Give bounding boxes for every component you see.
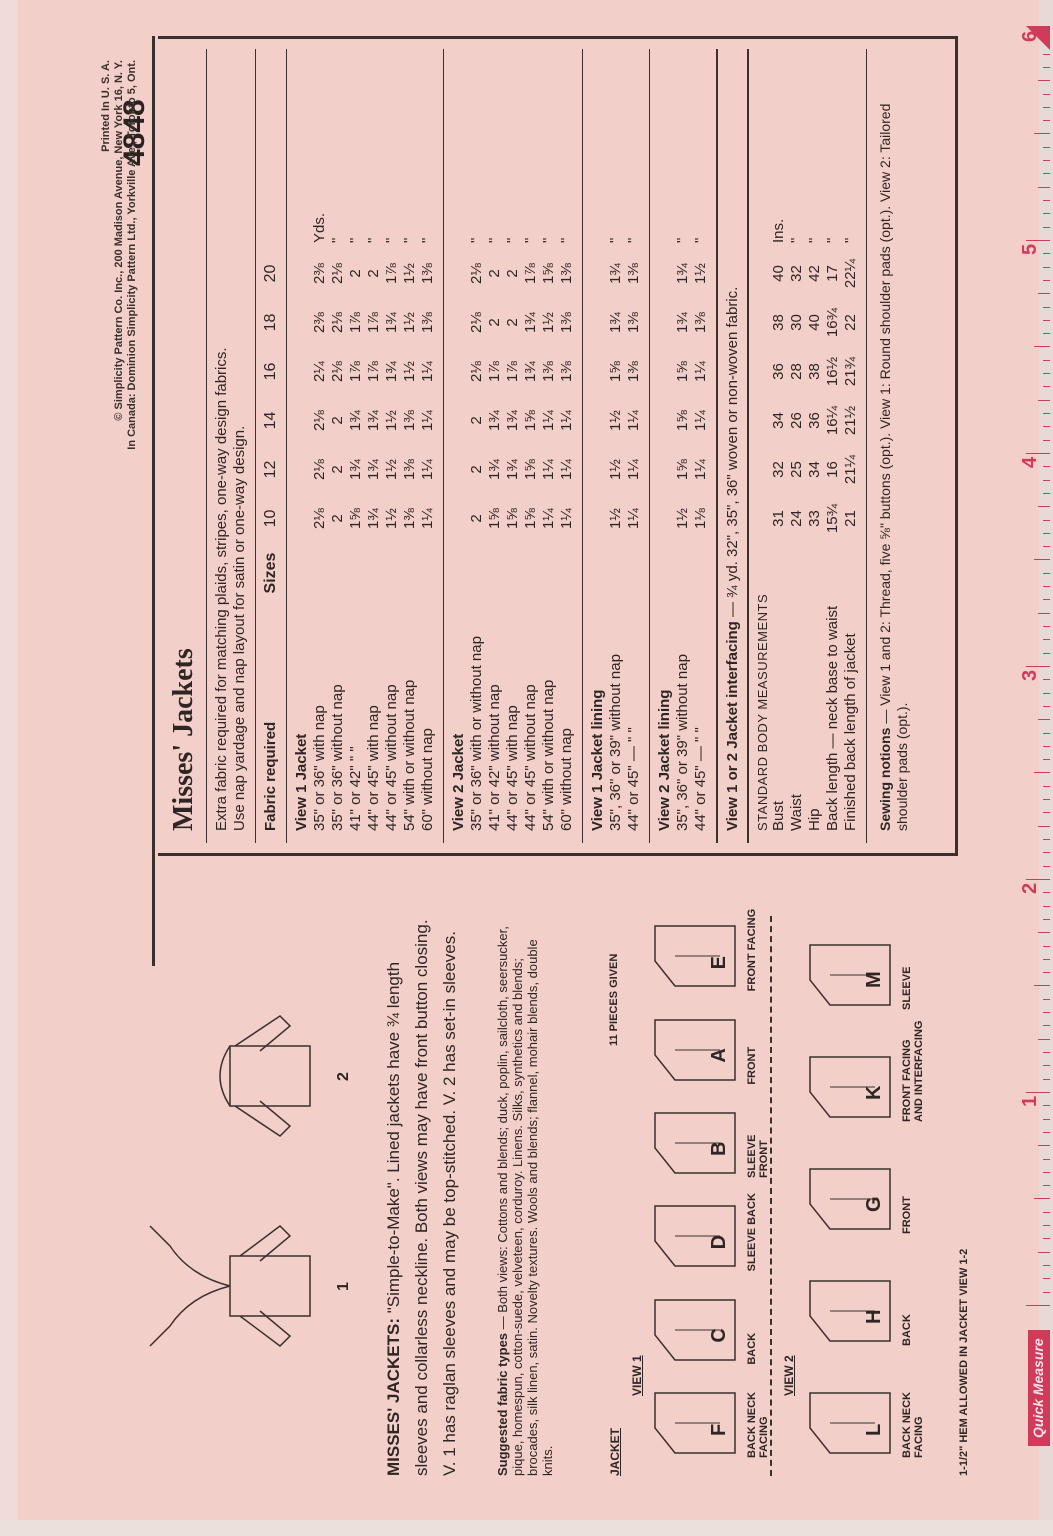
cell-value: 2 [329,396,347,445]
interfacing-label: View 1 or 2 Jacket interfacing [724,621,741,831]
cell-value: 1½ [607,396,625,445]
notions-text: — View 1 and 2: Thread, five ⅝" buttons … [877,104,910,831]
cell-value: 38 [806,347,824,396]
cell-value: 2⅛ [468,347,486,396]
unit: " [401,215,419,249]
ruler-tick [1043,639,1050,640]
ruler-tick [1043,852,1050,853]
ruler-tick [1043,546,1050,547]
ruler-tick [1038,187,1050,188]
section-title-label: View 1 Jacket [293,603,311,843]
body-measurements-header: STANDARD BODY MEASUREMENTS [755,49,770,843]
ruler-tick [1038,613,1050,614]
ruler-tick [1043,906,1050,907]
piece-name: SLEEVE BACK [746,1188,758,1271]
cell-value: 1⅞ [347,298,365,347]
cell-value: 2⅛ [311,445,329,494]
row-label: 35", 36" or 39" without nap [607,603,625,843]
cell-value: 1⅜ [625,298,643,347]
table-row: 35" or 36" with nap2⅛2⅛2⅛2¼2⅜2⅜Yds. [311,49,329,843]
ruler-tick [1043,999,1050,1000]
cell-value: 1½ [401,249,419,298]
copyright-us: © Simplicity Pattern Co. Inc., 200 Madis… [113,60,126,450]
ruler-tick [1043,480,1050,481]
cell-value: 1¾ [486,445,504,494]
ruler-tick [1043,213,1050,214]
ruler-tick [1034,773,1050,774]
table-row: 35", 36" or 39" without nap1½1⅝1⅝1⅝1¾1¾" [674,49,692,843]
measurement-row: Hip333436384042" [806,49,824,843]
row-label: Back length — neck base to waist [824,543,842,843]
cell-value: 21½ [842,396,860,445]
ruler-tick [1038,719,1050,720]
table-row: 35" or 36" without nap2222⅛2⅛2⅛" [329,49,347,843]
sketch-label-1: 1 [335,1282,353,1291]
ruler-tick [1043,1052,1050,1053]
ruler-tick [1043,520,1050,521]
cell-value: 1¾ [365,396,383,445]
piece-letter: H [863,1310,886,1324]
cell-value: 32 [788,249,806,298]
ruler-arrow-icon [1026,26,1050,50]
row-label: 44" or 45" without nap [383,603,401,843]
cell-value: 2 [468,494,486,543]
cell-value: 1¾ [383,298,401,347]
unit: " [692,215,710,249]
extra-fabric-note-2: Use nap yardage and nap layout for satin… [231,49,249,831]
cell-value: 1⅝ [347,494,365,543]
ruler-tick [1043,799,1050,800]
row-label: 41" or 42" " " [347,603,365,843]
view2-label: VIEW 2 [782,1355,796,1396]
cell-value: 40 [806,298,824,347]
piece-name: SLEEVE [901,908,913,1010]
ruler-tick [1043,1292,1050,1293]
section-title: View 2 Jacket [450,49,468,843]
piece-letter: E [708,956,731,969]
chart-title: Misses' Jackets [168,49,200,831]
ruler-tick [1043,360,1050,361]
cell-value: 2 [365,249,383,298]
ruler-tick [1043,160,1050,161]
ruler-number: 5 [1019,244,1042,255]
cell-value: 1⅞ [504,347,522,396]
cell-value: 1⅝ [522,494,540,543]
ruler-tick [1038,826,1050,827]
ruler-tick [1043,333,1050,334]
ruler-tick [1043,972,1050,973]
envelope-back: 123456 Quick Measure 4848 Printed In U. … [0,0,1053,1536]
cell-value: 42 [806,249,824,298]
ruler-brand: Quick Measure [1028,1330,1050,1446]
ruler-tick [1043,426,1050,427]
cell-value: 31 [770,494,788,543]
ruler-tick [1043,307,1050,308]
unit: " [558,215,576,249]
row-label: Hip [806,543,824,843]
ruler-tick [1043,839,1050,840]
cell-value: 2⅜ [311,249,329,298]
cell-value: 1⅝ [674,445,692,494]
cell-value: 2 [347,249,365,298]
cell-value: 2 [504,249,522,298]
jacket-sketch-icon [110,936,370,1386]
row-label: 60" without nap [558,603,576,843]
cell-value: 1½ [383,396,401,445]
ruler-tick [1043,679,1050,680]
quick-measure-ruler: 123456 Quick Measure [1020,26,1050,1506]
cell-value: 1¾ [674,249,692,298]
ruler-tick [1034,1199,1050,1200]
cell-value: 21¾ [842,347,860,396]
cell-value: 1¾ [347,396,365,445]
section-title: View 1 Jacket [293,49,311,843]
ruler-tick [1043,1079,1050,1080]
section-title-label: View 2 Jacket [450,603,468,843]
ruler-tick [1034,560,1050,561]
cell-value: 1½ [383,494,401,543]
ruler-tick [1043,173,1050,174]
ruler-tick [1043,1105,1050,1106]
ruler-tick [1026,879,1050,880]
table-row: 60" without nap1¼1¼1¼1¼1⅜1⅜" [419,49,437,843]
cell-value: 1¼ [692,347,710,396]
ruler-tick [1026,1092,1050,1093]
cell-value: 17 [824,249,842,298]
cell-value: 2⅛ [311,494,329,543]
row-label: Bust [770,543,788,843]
piece-name: FRONT FACING [746,908,758,991]
ruler-tick [1038,932,1050,933]
cell-value: 1⅝ [522,396,540,445]
ruler-tick [1026,453,1050,454]
cell-value: 1⅜ [401,396,419,445]
measurement-row: Waist242526283032" [788,49,806,843]
cell-value: 1½ [401,298,419,347]
cell-value: 1¼ [692,396,710,445]
piece-name: FRONT [901,1132,913,1234]
cell-value: 38 [770,298,788,347]
yardage-chart: Misses' Jackets Extra fabric required fo… [158,36,958,856]
cell-value: 2⅛ [329,249,347,298]
measurement-row: Finished back length of jacket2121¼21½21… [842,49,860,843]
unit: " [842,215,860,249]
divider-dashed [770,916,772,1476]
extra-fabric-note-1: Extra fabric required for matching plaid… [213,49,231,831]
cell-value: 22 [842,298,860,347]
piece-letter: C [708,1328,731,1342]
cell-value: 1¾ [365,494,383,543]
size-col: 12 [262,445,280,494]
ruler-tick [1043,200,1050,201]
ruler-number: 1 [1019,1096,1042,1107]
cell-value: 21 [842,494,860,543]
cell-value: 1½ [607,445,625,494]
table-row: 44" or 45" — " "1⅛1¼1¼1¼1⅜1½" [692,49,710,843]
table-row: 44" or 45" with nap1⅝1¾1¾1⅞22" [504,49,522,843]
cell-value: 1¼ [625,494,643,543]
cell-value: 1¼ [540,445,558,494]
piece-letter: L [863,1424,886,1436]
row-label: 35" or 36" with or without nap [468,603,486,843]
size-col: 18 [262,298,280,347]
ruler-tick [1043,533,1050,534]
ruler-tick [1034,986,1050,987]
ruler-ticks: 123456 [1020,26,1050,1506]
unit: " [625,215,643,249]
cell-value: 1¼ [540,396,558,445]
row-label: 44" or 45" with nap [365,603,383,843]
ruler-tick [1038,293,1050,294]
cell-value: 16¼ [824,396,842,445]
interfacing-value: — ¾ yd. 32", 35", 36" woven or non-woven… [724,287,741,621]
ruler-tick [1043,866,1050,867]
row-label: 60" without nap [419,603,437,843]
cell-value: 15¾ [824,494,842,543]
unit: " [329,215,347,249]
cell-value: 1¾ [504,445,522,494]
cell-value: 1¾ [486,396,504,445]
cell-value: 2⅛ [311,396,329,445]
cell-value: 1⅞ [347,347,365,396]
cell-value: 1½ [540,298,558,347]
piece-name: BACK [746,1281,758,1364]
size-header-row: Fabric required Sizes 10 12 14 16 18 20 [262,49,280,843]
cell-value: 16½ [824,347,842,396]
unit: " [607,215,625,249]
section-title: View 2 Jacket lining [656,49,674,843]
table-row: 35" or 36" with or without nap2222⅛2⅛2⅛" [468,49,486,843]
ruler-tick [1043,1119,1050,1120]
cell-value: 1⅝ [607,347,625,396]
ruler-tick [1043,1132,1050,1133]
sewing-notions: Sewing notions — View 1 and 2: Thread, f… [873,49,915,843]
cell-value: 2⅛ [468,298,486,347]
cell-value: 1¾ [383,347,401,396]
divider [152,36,155,966]
cell-value: 1⅜ [692,298,710,347]
row-label: 41" or 42" without nap [486,603,504,843]
cell-value: 1⅝ [486,494,504,543]
ruler-tick [1043,959,1050,960]
ruler-tick [1043,1212,1050,1213]
ruler-tick [1043,147,1050,148]
ruler-tick [1043,466,1050,467]
cell-value: 2 [329,445,347,494]
cell-value: 1¾ [522,347,540,396]
ruler-tick [1038,1145,1050,1146]
cell-value: 2 [468,396,486,445]
suggested-fabrics: Suggested fabric types — Both views: Cot… [495,916,555,1476]
fabric-required-label: Fabric required [262,603,280,843]
ruler-tick [1043,440,1050,441]
table-row: 60" without nap1¼1¼1¼1⅜1⅜1⅜" [558,49,576,843]
ruler-tick [1043,1172,1050,1173]
description: MISSES' JACKETS: "Simple-to-Make". Lined… [380,916,464,1476]
row-label: 35", 36" or 39" without nap [674,603,692,843]
cell-value: 1⅜ [625,249,643,298]
sketch-label-2: 2 [335,1072,353,1081]
cell-value: 1⅜ [558,347,576,396]
ruler-tick [1034,347,1050,348]
size-col: 10 [262,494,280,543]
unit: " [419,215,437,249]
ruler-tick [1043,94,1050,95]
table-row: 41" or 42" " "1⅝1¾1¾1⅞1⅞2" [347,49,365,843]
unit: " [522,215,540,249]
row-label: 44" or 45" with nap [504,603,522,843]
cell-value: 1⅝ [540,249,558,298]
ruler-tick [1043,1025,1050,1026]
measurement-row: Back length — neck base to waist15¾1616¼… [824,49,842,843]
ruler-tick [1026,240,1050,241]
cell-value: 1¾ [504,396,522,445]
cell-value: 1⅞ [383,249,401,298]
ruler-tick [1043,1278,1050,1279]
cell-value: 16¾ [824,298,842,347]
ruler-tick [1043,746,1050,747]
row-label: Waist [788,543,806,843]
pieces-count: 11 PIECES GIVEN [608,954,620,1046]
cell-value: 1⅜ [558,298,576,347]
piece-letter: G [863,1196,886,1212]
cell-value: 1¼ [625,396,643,445]
size-col: 16 [262,347,280,396]
cell-value: 1¾ [607,298,625,347]
ruler-tick [1043,706,1050,707]
cell-value: 2 [486,249,504,298]
view1-label: VIEW 1 [630,1355,644,1396]
cell-value: 1⅜ [419,249,437,298]
cell-value: 2⅛ [329,298,347,347]
cell-value: 1¼ [558,445,576,494]
cell-value: 2 [329,494,347,543]
cell-value: 2 [468,445,486,494]
piece-letter: A [708,1048,731,1062]
piece-name: BACK NECK FACING [901,1356,925,1458]
row-label: 54" with or without nap [401,603,419,843]
cell-value: 1¾ [522,298,540,347]
cell-value: 26 [788,396,806,445]
ruler-tick [1043,599,1050,600]
row-label: 44" or 45" — " " [625,603,643,843]
ruler-tick [1038,506,1050,507]
cell-value: 24 [788,494,806,543]
cell-value: 1½ [383,445,401,494]
size-col: 14 [262,396,280,445]
table-row: 44" or 45" — " "1¼1¼1¼1⅜1⅜1⅜" [625,49,643,843]
table-row: 44" or 45" with nap1¾1¾1¾1⅞1⅞2" [365,49,383,843]
cell-value: 1⅞ [365,298,383,347]
ruler-tick [1043,67,1050,68]
cell-value: 1¼ [419,494,437,543]
cell-value: 1¾ [607,249,625,298]
ruler-tick [1043,1065,1050,1066]
cell-value: 2 [486,298,504,347]
unit: " [788,215,806,249]
piece-name: FRONT [746,1001,758,1084]
ruler-tick [1043,1185,1050,1186]
cell-value: 1⅞ [365,347,383,396]
unit: " [347,215,365,249]
row-label: 44" or 45" — " " [692,603,710,843]
section-title-label: View 1 Jacket lining [589,603,607,843]
table-row: 54" with or without nap1⅜1⅜1⅜1½1½1½" [401,49,419,843]
row-label: Finished back length of jacket [842,543,860,843]
unit: Ins. [770,215,788,249]
cell-value: 40 [770,249,788,298]
ruler-number: 2 [1019,883,1042,894]
ruler-tick [1043,120,1050,121]
interfacing-row: View 1 or 2 Jacket interfacing — ¾ yd. 3… [724,49,741,843]
cell-value: 1⅜ [558,249,576,298]
ruler-tick [1043,1238,1050,1239]
cell-value: 1¼ [692,445,710,494]
cell-value: 34 [770,396,788,445]
cell-value: 1½ [401,347,419,396]
ruler-tick [1043,573,1050,574]
ruler-tick [1043,892,1050,893]
measurement-row: Bust313234363840Ins. [770,49,788,843]
ruler-tick [1043,786,1050,787]
piece-letter: M [863,971,886,988]
cell-value: 1⅜ [540,347,558,396]
ruler-tick [1043,1012,1050,1013]
ruler-tick [1038,400,1050,401]
ruler-tick [1043,227,1050,228]
piece-letter: B [708,1142,731,1156]
ruler-tick [1043,280,1050,281]
cell-value: 1¼ [419,396,437,445]
cell-value: 25 [788,445,806,494]
copyright-block: Printed In U. S. A. © Simplicity Pattern… [100,60,139,450]
fabrics-heading: Suggested fabric types [495,1333,510,1476]
cell-value: 1¼ [419,347,437,396]
piece-name: BACK [901,1244,913,1346]
cell-value: 1⅜ [625,347,643,396]
row-label: 35" or 36" with nap [311,603,329,843]
table-row: 44" or 45" without nap1⅝1⅝1⅝1¾1¾1⅞" [522,49,540,843]
notions-label: Sewing notions [877,728,893,831]
unit: " [468,215,486,249]
cell-value: 1½ [692,249,710,298]
unit: " [504,215,522,249]
cell-value: 1⅝ [674,396,692,445]
ruler-number: 3 [1019,670,1042,681]
cell-value: 1½ [674,494,692,543]
ruler-tick [1043,386,1050,387]
piece-name: BACK NECK FACING [746,1375,770,1458]
ruler-tick [1043,653,1050,654]
cell-value: 1⅝ [504,494,522,543]
description-heading: MISSES' JACKETS: [384,1318,403,1476]
ruler-tick [1043,54,1050,55]
cell-value: 1¼ [419,445,437,494]
ruler-number: 4 [1019,457,1042,468]
cell-value: 32 [770,445,788,494]
ruler-tick [1043,1225,1050,1226]
cell-value: 2⅛ [329,347,347,396]
printed-in: Printed In U. S. A. [100,60,113,450]
table-row: 35", 36" or 39" without nap1½1½1½1⅝1¾1¾" [607,49,625,843]
section-title: View 1 Jacket lining [589,49,607,843]
ruler-tick [1043,1265,1050,1266]
piece-name: SLEEVE FRONT [746,1095,770,1178]
cell-value: 1⅞ [522,249,540,298]
size-col: 20 [262,249,280,298]
unit: Yds. [311,215,329,249]
ruler-tick [1043,320,1050,321]
